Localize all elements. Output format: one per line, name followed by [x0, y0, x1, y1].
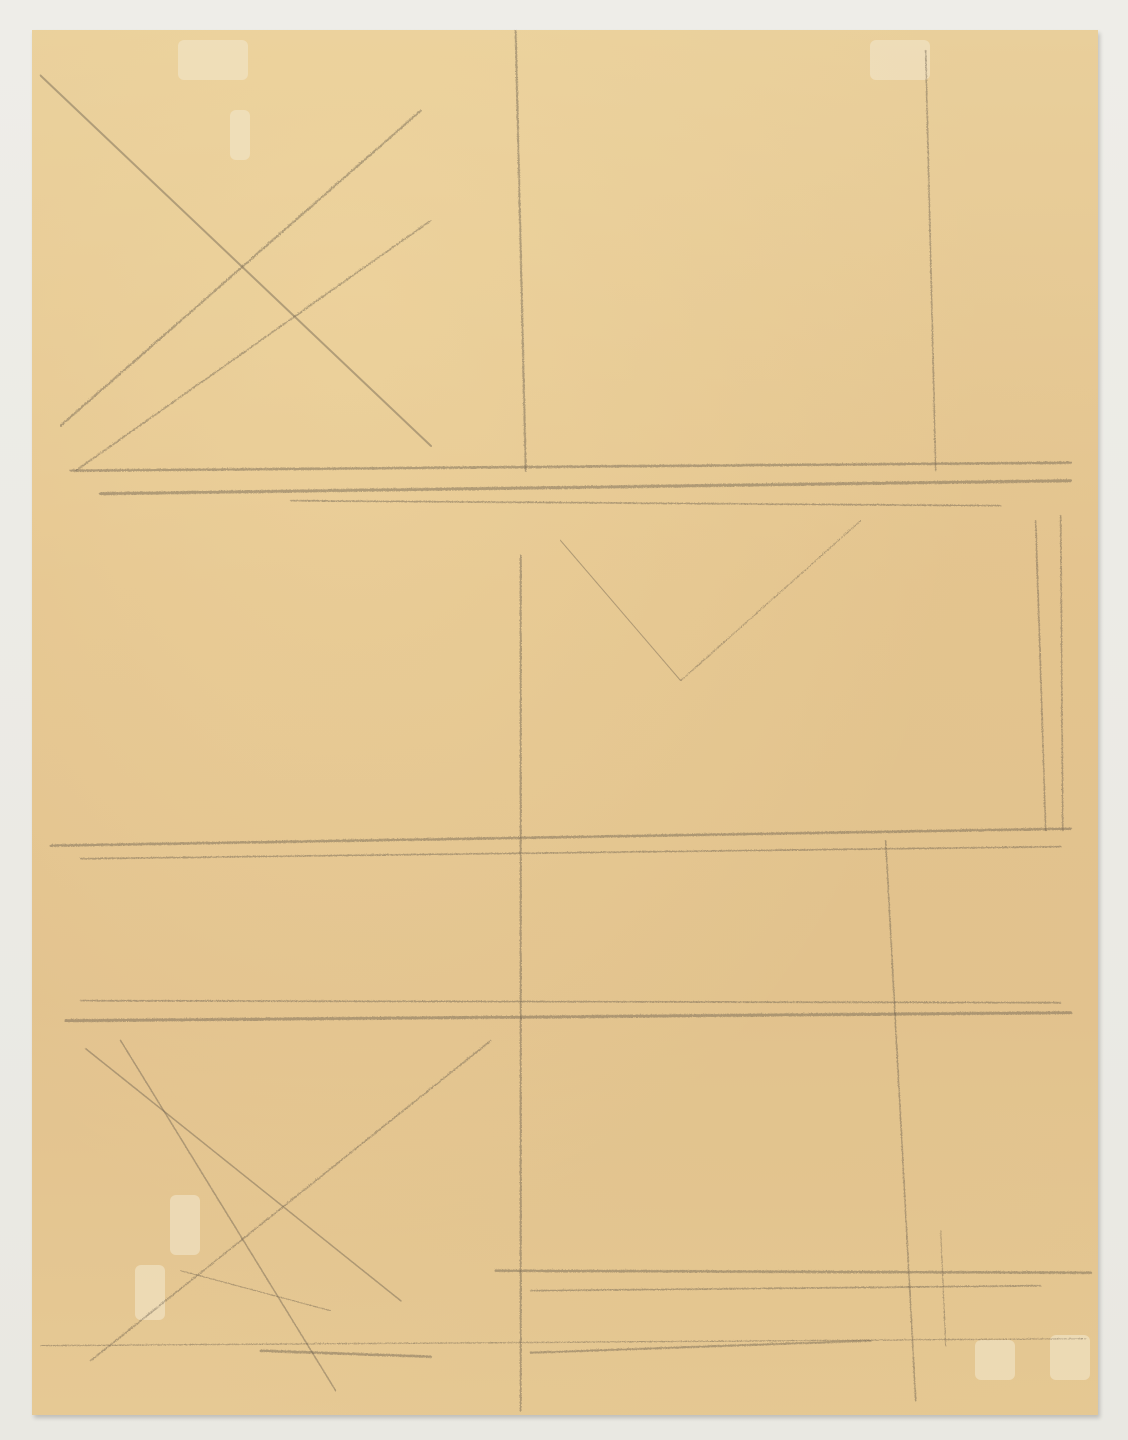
- pencil-stroke: [515, 30, 525, 470]
- pencil-stroke: [495, 1270, 1090, 1272]
- paper-stains: [135, 40, 1090, 1380]
- pencil-stroke: [1060, 515, 1062, 830]
- tape-stain: [1050, 1335, 1090, 1380]
- pencil-stroke: [50, 828, 1070, 845]
- pencil-stroke: [1035, 520, 1045, 830]
- pencil-stroke: [80, 1000, 1060, 1002]
- tape-stain: [178, 40, 248, 80]
- pencil-stroke: [680, 520, 860, 680]
- pencil-stroke: [925, 50, 935, 470]
- pencil-stroke: [940, 1230, 945, 1345]
- tape-stain: [230, 110, 250, 160]
- pencil-stroke: [120, 1040, 335, 1390]
- pencil-stroke: [260, 1350, 430, 1356]
- pencil-stroke: [560, 540, 680, 680]
- pencil-stroke: [180, 1270, 330, 1310]
- tape-stain: [170, 1195, 200, 1255]
- pencil-stroke: [70, 462, 1070, 470]
- pencil-stroke: [80, 846, 1060, 858]
- pencil-stroke: [530, 1285, 1040, 1290]
- pencil-stroke: [100, 480, 1070, 493]
- graphite-sketch: [0, 0, 1128, 1440]
- pencil-stroke: [65, 1012, 1070, 1020]
- pencil-stroke: [40, 1338, 1085, 1345]
- pencil-stroke: [290, 500, 1000, 505]
- pencil-stroke: [85, 1048, 400, 1300]
- tape-stain: [975, 1340, 1015, 1380]
- pencil-stroke: [885, 840, 915, 1400]
- tape-stain: [870, 40, 930, 80]
